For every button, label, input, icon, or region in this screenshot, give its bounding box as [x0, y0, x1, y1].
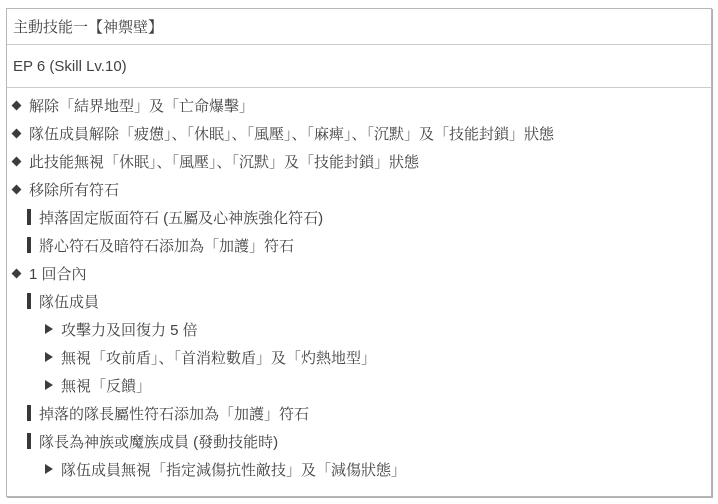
skill-info-table: 主動技能一【神禦壁】 EP 6 (Skill Lv.10) 解除「結界地型」及「…	[6, 8, 712, 497]
effect-item: 移除所有符石	[7, 175, 705, 203]
bar-bullet-icon	[27, 433, 31, 449]
effect-item: 解除「結界地型」及「亡命爆擊」	[7, 91, 705, 119]
effect-item: 隊長為神族或魔族成員 (發動技能時)	[7, 427, 705, 455]
effect-item: 無視「攻前盾」、「首消粒數盾」及「灼熱地型」	[7, 343, 705, 371]
effect-text: 隊伍成員無視「指定減傷抗性敵技」及「減傷狀態」	[61, 459, 406, 480]
effect-text: 隊長為神族或魔族成員 (發動技能時)	[39, 431, 278, 452]
effect-item: 掉落固定版面符石 (五屬及心神族強化符石)	[7, 203, 705, 231]
diamond-bullet-icon	[12, 128, 22, 138]
effect-item: 無視「反饋」	[7, 371, 705, 399]
skill-ep-label: EP 6 (Skill Lv.10)	[13, 58, 127, 75]
effect-text: 掉落固定版面符石 (五屬及心神族強化符石)	[39, 207, 323, 228]
effect-text: 此技能無視「休眠」、「風壓」、「沉默」及「技能封鎖」狀態	[29, 151, 419, 172]
skill-ep-row: EP 6 (Skill Lv.10)	[7, 45, 711, 88]
effect-item: 1 回合內	[7, 259, 705, 287]
triangle-bullet-icon	[45, 324, 53, 334]
diamond-bullet-icon	[12, 184, 22, 194]
effect-text: 無視「攻前盾」、「首消粒數盾」及「灼熱地型」	[61, 347, 376, 368]
effect-text: 攻擊力及回復力 5 倍	[61, 319, 198, 340]
effect-item: 掉落的隊長屬性符石添加為「加護」符石	[7, 399, 705, 427]
effect-item: 隊伍成員解除「疲憊」、「休眠」、「風壓」、「麻痺」、「沉默」及「技能封鎖」狀態	[7, 119, 705, 147]
effect-item: 攻擊力及回復力 5 倍	[7, 315, 705, 343]
diamond-bullet-icon	[12, 100, 22, 110]
effect-text: 1 回合內	[29, 263, 87, 284]
effect-text: 掉落的隊長屬性符石添加為「加護」符石	[39, 403, 309, 424]
bar-bullet-icon	[27, 405, 31, 421]
skill-effects-cell: 解除「結界地型」及「亡命爆擊」 隊伍成員解除「疲憊」、「休眠」、「風壓」、「麻痺…	[7, 88, 711, 496]
effect-text: 解除「結界地型」及「亡命爆擊」	[29, 95, 254, 116]
effect-text: 無視「反饋」	[61, 375, 151, 396]
effect-item: 隊伍成員無視「指定減傷抗性敵技」及「減傷狀態」	[7, 455, 705, 483]
triangle-bullet-icon	[45, 464, 53, 474]
bar-bullet-icon	[27, 237, 31, 253]
effect-item: 此技能無視「休眠」、「風壓」、「沉默」及「技能封鎖」狀態	[7, 147, 705, 175]
bar-bullet-icon	[27, 293, 31, 309]
diamond-bullet-icon	[12, 268, 22, 278]
effect-text: 隊伍成員	[39, 291, 99, 312]
skill-title: 主動技能一【神禦壁】	[13, 16, 163, 37]
effect-text: 隊伍成員解除「疲憊」、「休眠」、「風壓」、「麻痺」、「沉默」及「技能封鎖」狀態	[29, 123, 554, 144]
effect-text: 將心符石及暗符石添加為「加護」符石	[39, 235, 294, 256]
triangle-bullet-icon	[45, 352, 53, 362]
effects-list: 解除「結界地型」及「亡命爆擊」 隊伍成員解除「疲憊」、「休眠」、「風壓」、「麻痺…	[7, 91, 705, 483]
diamond-bullet-icon	[12, 156, 22, 166]
triangle-bullet-icon	[45, 380, 53, 390]
bar-bullet-icon	[27, 209, 31, 225]
skill-title-row: 主動技能一【神禦壁】	[7, 9, 711, 45]
effect-text: 移除所有符石	[29, 179, 119, 200]
effect-item: 隊伍成員	[7, 287, 705, 315]
effect-item: 將心符石及暗符石添加為「加護」符石	[7, 231, 705, 259]
